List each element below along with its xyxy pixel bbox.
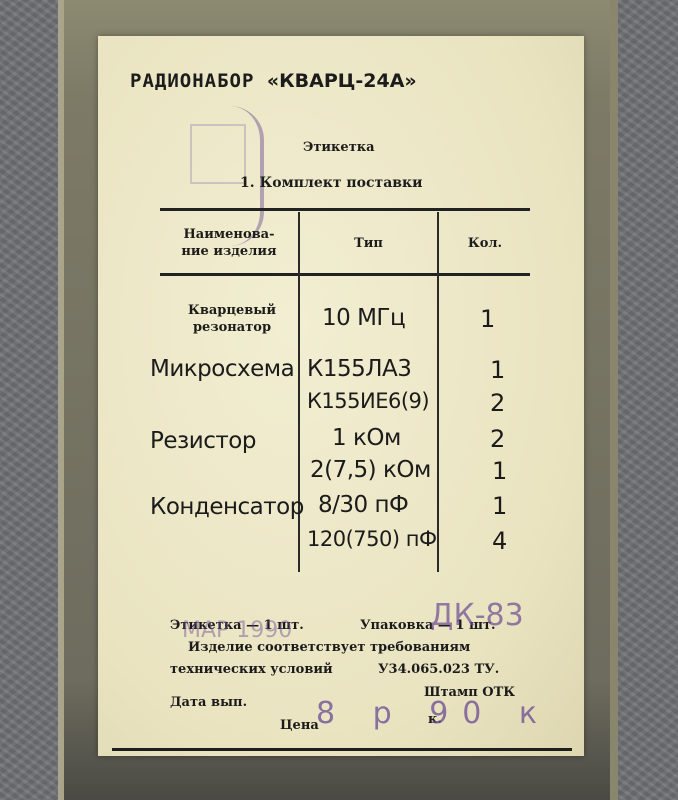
row-qty: 1 [480, 305, 495, 333]
title-prefix: РАДИОНАБОР [130, 70, 254, 92]
footer-date-label: Дата вып. [170, 695, 247, 710]
row-qty: 4 [492, 527, 507, 555]
date-stamp: МАР 1990 [182, 618, 292, 643]
header-qty: Кол. [440, 235, 530, 252]
row-qty: 1 [492, 457, 507, 485]
row-qty: 1 [492, 492, 507, 520]
header-type: Тип [300, 235, 437, 252]
row-name: Резистор [150, 428, 256, 454]
row-type: 120(750) пФ [307, 527, 437, 551]
row-type: 1 кОм [332, 425, 401, 451]
header-name-line2: ние изделия [165, 243, 293, 260]
row-type: 8/30 пФ [318, 492, 408, 518]
row-name: Конденсатор [150, 494, 304, 520]
row-qty: 2 [490, 389, 505, 417]
row-name-line1: Кварцевый [168, 302, 296, 319]
footer-price-label: Цена [280, 718, 319, 733]
table-top-rule [160, 208, 530, 211]
section-heading: 1. Комплект поставки [240, 175, 423, 191]
table-header-rule [160, 273, 530, 276]
row-qty: 2 [490, 425, 505, 453]
row-type: К155ИЕ6(9) [307, 389, 429, 413]
kit-title: РАДИОНАБОР «КВАРЦ-24А» [130, 70, 417, 92]
row-qty: 1 [490, 356, 505, 384]
row-name-quartz: Кварцевый резонатор [168, 302, 296, 336]
title-model: «КВАРЦ-24А» [267, 70, 417, 92]
column-divider-2 [437, 212, 439, 572]
price-stamp: 8 р 90 к [316, 696, 551, 731]
header-name-line1: Наименова- [165, 226, 293, 243]
label-subtitle: Этикетка [303, 140, 375, 155]
footer-tech-conditions: технических условий [170, 662, 333, 677]
otk-stamp: ДК-83 [430, 598, 524, 633]
row-type: 10 МГц [322, 305, 405, 331]
row-name-line2: резонатор [168, 319, 296, 336]
card-bottom-rule [112, 748, 572, 751]
row-type: К155ЛА3 [307, 356, 411, 382]
row-type: 2(7,5) кОм [310, 457, 431, 483]
row-name: Микросхема [150, 356, 294, 382]
footer-spec-number: У34.065.023 ТУ. [378, 662, 499, 677]
header-name: Наименова- ние изделия [165, 226, 293, 260]
